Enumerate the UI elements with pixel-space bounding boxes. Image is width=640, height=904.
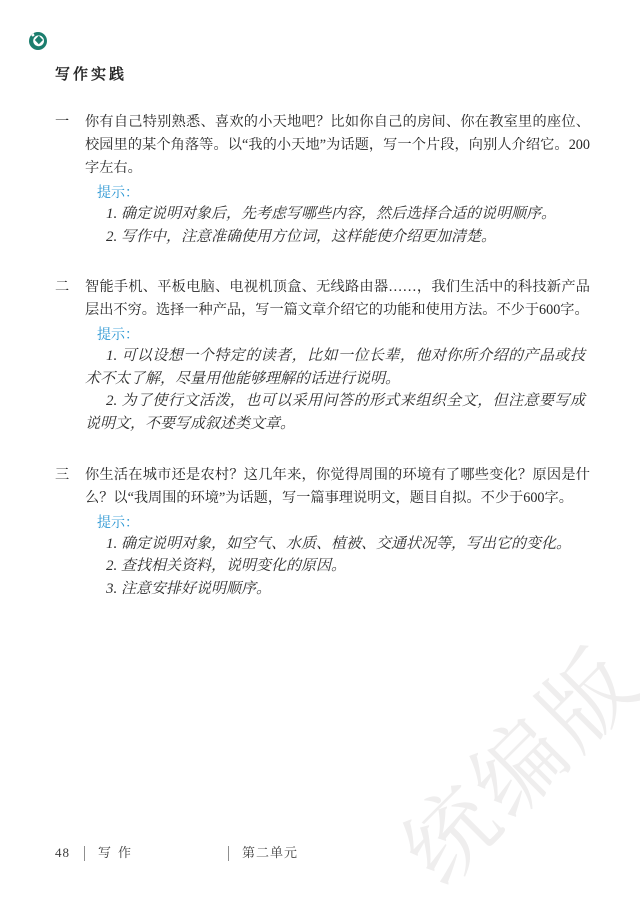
exercise-3: 三 你生活在城市还是农村？这几年来，你觉得周围的环境有了哪些变化？原因是什么？以… — [55, 464, 640, 601]
hint-item: 1. 确定说明对象后，先考虑写哪些内容，然后选择合适的说明顺序。 — [85, 203, 585, 226]
footer-divider — [84, 846, 85, 861]
page-number: 48 — [55, 845, 70, 861]
exercise-3-text: 你生活在城市还是农村？这几年来，你觉得周围的环境有了哪些变化？原因是什么？以“我… — [85, 464, 590, 510]
exercise-2-text: 智能手机、平板电脑、电视机顶盒、无线路由器……，我们生活中的科技新产品层出不穷。… — [85, 276, 590, 322]
exercise-2-number: 二 — [55, 276, 85, 435]
exercise-1-text: 你有自己特别熟悉、喜欢的小天地吧？比如你自己的房间、你在教室里的座位、校园里的某… — [85, 111, 590, 180]
hint-item: 2. 查找相关资料，说明变化的原因。 — [85, 555, 585, 578]
exercise-2: 二 智能手机、平板电脑、电视机顶盒、无线路由器……，我们生活中的科技新产品层出不… — [55, 276, 640, 435]
hint-label: 提示： — [97, 182, 590, 203]
textbook-page: 写作实践 一 你有自己特别熟悉、喜欢的小天地吧？比如你自己的房间、你在教室里的座… — [0, 0, 640, 904]
hint-item: 3. 注意安排好说明顺序。 — [85, 578, 585, 601]
hint-label: 提示： — [97, 512, 590, 533]
footer-section-label: 写作 — [98, 845, 138, 861]
hint-item: 1. 可以设想一个特定的读者，比如一位长辈，他对你所介绍的产品或技术不太了解，尽… — [85, 345, 585, 390]
exercise-2-hint: 提示： 1. 可以设想一个特定的读者，比如一位长辈，他对你所介绍的产品或技术不太… — [85, 324, 590, 435]
edition-watermark: 统编版 — [382, 626, 640, 904]
footer-unit-label: 第二单元 — [242, 845, 298, 861]
exercise-1: 一 你有自己特别熟悉、喜欢的小天地吧？比如你自己的房间、你在教室里的座位、校园里… — [55, 111, 640, 248]
page-title: 写作实践 — [0, 0, 640, 83]
exercise-list: 一 你有自己特别熟悉、喜欢的小天地吧？比如你自己的房间、你在教室里的座位、校园里… — [55, 111, 640, 600]
hint-label: 提示： — [97, 324, 590, 345]
hint-item: 1. 确定说明对象，如空气、水质、植被、交通状况等，写出它的变化。 — [85, 533, 585, 556]
exercise-3-hint: 提示： 1. 确定说明对象，如空气、水质、植被、交通状况等，写出它的变化。 2.… — [85, 512, 590, 601]
exercise-1-hint: 提示： 1. 确定说明对象后，先考虑写哪些内容，然后选择合适的说明顺序。 2. … — [85, 182, 590, 248]
exercise-3-number: 三 — [55, 464, 85, 601]
hint-item: 2. 写作中，注意准确使用方位词，这样能使介绍更加清楚。 — [85, 226, 585, 249]
hint-item: 2. 为了使行文活泼，也可以采用问答的形式来组织全文，但注意要写成说明文，不要写… — [85, 390, 585, 435]
publisher-logo-icon — [28, 31, 48, 51]
footer-divider — [228, 846, 229, 861]
exercise-1-number: 一 — [55, 111, 85, 248]
page-footer: 48 写作 第二单元 — [55, 845, 298, 861]
